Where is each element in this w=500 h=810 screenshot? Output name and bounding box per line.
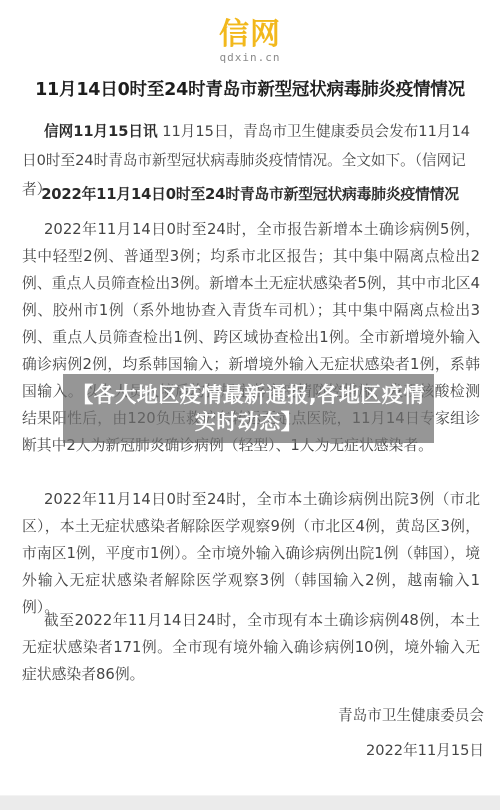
article-page: 信网 qdxin.cn 11月14日0时至24时青岛市新型冠状病毒肺炎疫情情况 … <box>0 0 500 810</box>
site-logo[interactable]: 信网 qdxin.cn <box>0 18 500 64</box>
signature-organization: 青岛市卫生健康委员会 <box>338 706 484 726</box>
byline-lead: 信网11月15日讯 <box>44 123 158 140</box>
logo-mark: 信网 <box>219 18 281 52</box>
paragraph-discharges: 2022年11月14日0时至24时，全市本土确诊病例出院3例（市北区），本土无症… <box>22 486 480 621</box>
signature-date: 2022年11月15日 <box>366 741 484 761</box>
article-subtitle: 2022年11月14日0时至24时青岛市新型冠状病毒肺炎疫情情况 <box>0 183 500 207</box>
logo-domain: qdxin.cn <box>0 52 500 64</box>
paragraph-current-totals: 截至2022年11月14日24时，全市现有本土确诊病例48例，本土无症状感染者1… <box>22 607 480 688</box>
headline-overlay-banner[interactable]: 【各大地区疫情最新通报,各地区疫情实时动态】 <box>63 374 434 443</box>
overlay-headline: 【各大地区疫情最新通报,各地区疫情实时动态】 <box>69 382 428 436</box>
footer-band <box>0 795 500 810</box>
article-title: 11月14日0时至24时青岛市新型冠状病毒肺炎疫情情况 <box>0 78 500 102</box>
